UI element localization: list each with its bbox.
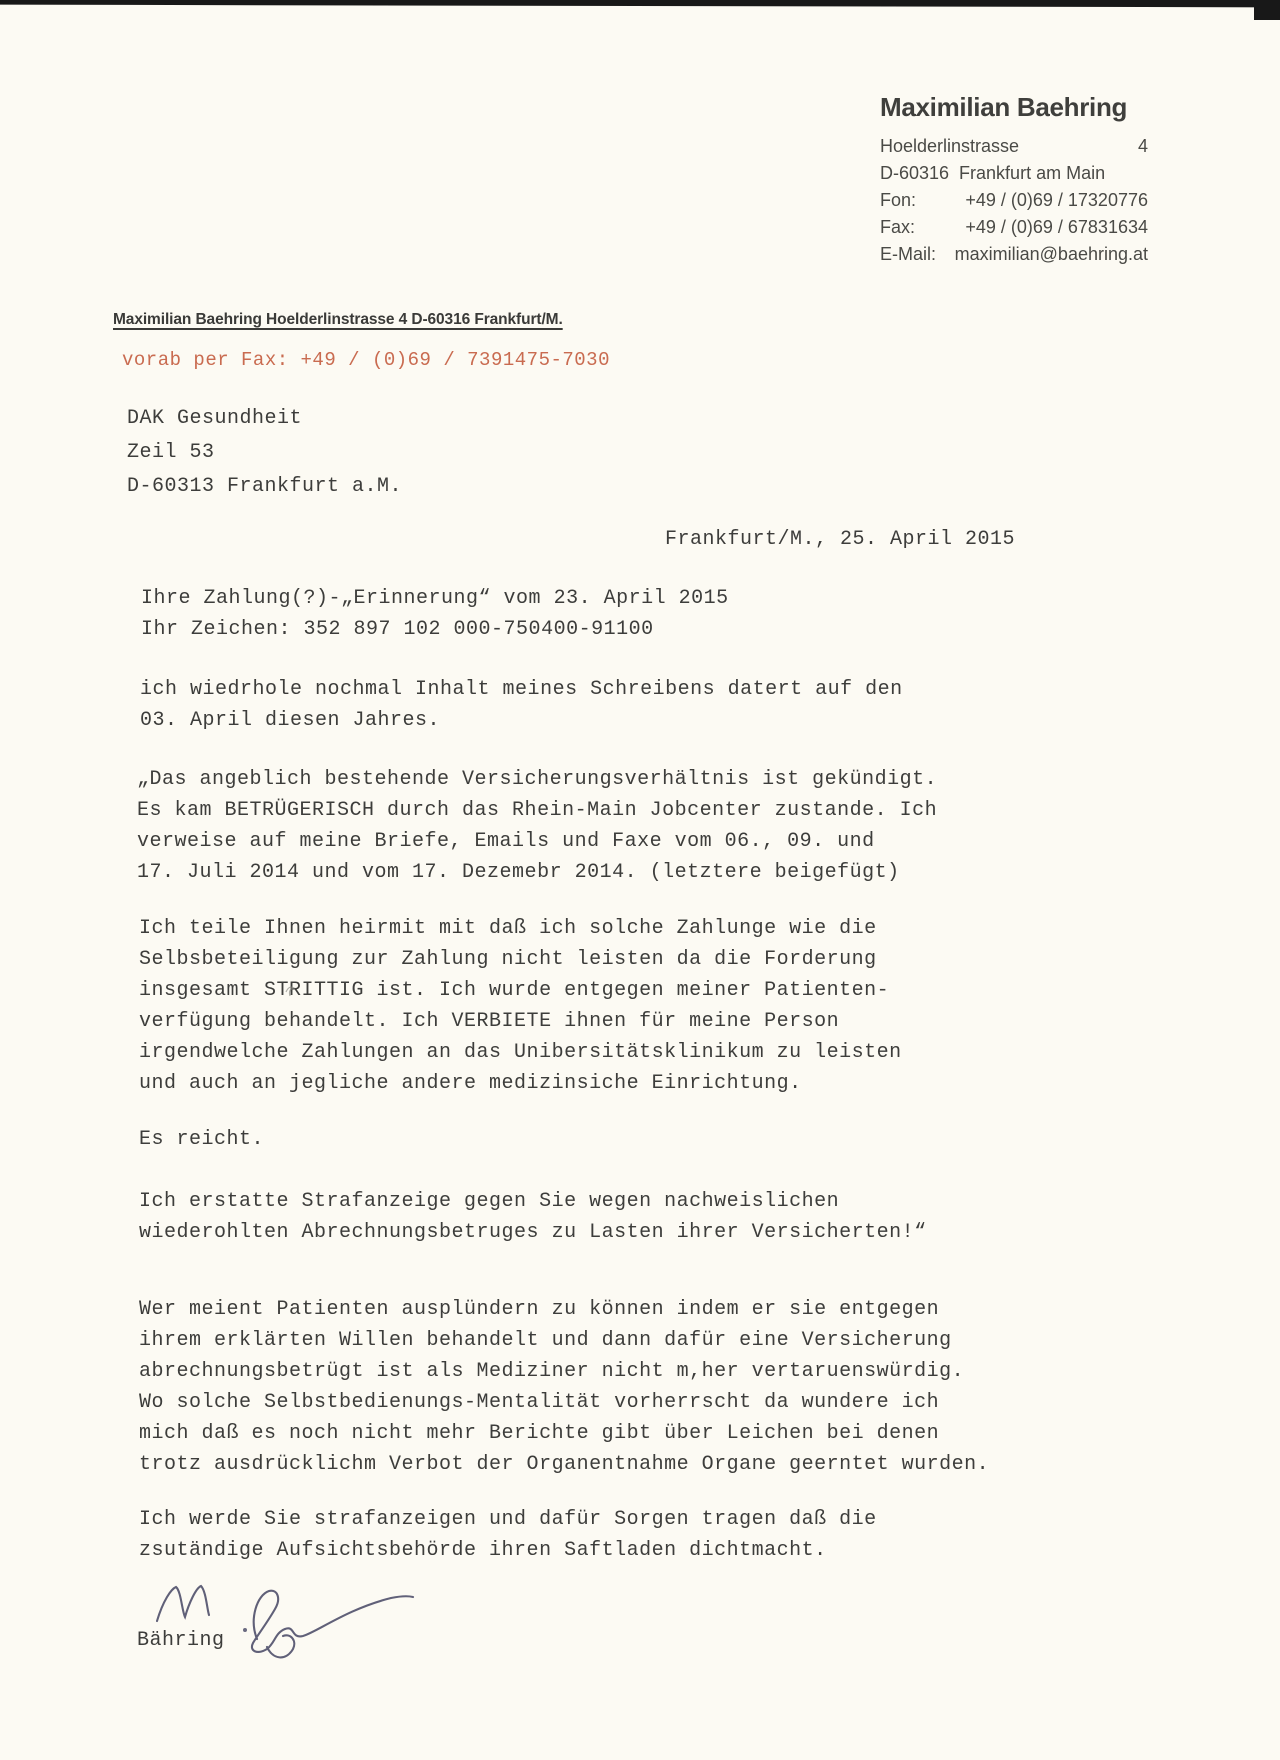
street-name: Hoelderlinstrasse [880, 133, 1019, 160]
body-paragraph: Wer meient Patienten ausplündern zu könn… [139, 1294, 989, 1480]
fon-label: Fon: [880, 187, 916, 214]
scanned-letter-page: Maximilian Baehring Hoelderlinstrasse 4 … [0, 0, 1280, 1760]
date-line: Frankfurt/M., 25. April 2015 [665, 524, 1015, 555]
fax-advance-line: vorab per Fax: +49 / (0)69 / 7391475-703… [122, 349, 610, 371]
letterhead-street: Hoelderlinstrasse 4 [880, 133, 1148, 160]
scan-edge-corner [1254, 7, 1280, 20]
street-number: 4 [1138, 133, 1148, 160]
letterhead-fon: Fon: +49 / (0)69 / 17320776 [880, 187, 1148, 214]
letterhead: Maximilian Baehring Hoelderlinstrasse 4 … [880, 92, 1148, 268]
body-paragraph: ich wiedrhole nochmal Inhalt meines Schr… [140, 674, 903, 736]
email-label: E-Mail: [880, 241, 936, 268]
body-paragraph: Ich erstatte Strafanzeige gegen Sie wege… [139, 1186, 927, 1248]
subject-block: Ihre Zahlung(?)-„Erinnerung“ vom 23. Apr… [141, 583, 729, 645]
letterhead-city: D-60316 Frankfurt am Main [880, 160, 1148, 187]
letterhead-email: E-Mail: maximilian@baehring.at [880, 241, 1148, 268]
fon-value: +49 / (0)69 / 17320776 [965, 187, 1148, 214]
scan-edge-top [0, 0, 1280, 7]
body-paragraph: Ich werde Sie strafanzeigen und dafür So… [139, 1504, 877, 1566]
fax-value: +49 / (0)69 / 67831634 [965, 214, 1148, 241]
letterhead-fax: Fax: +49 / (0)69 / 67831634 [880, 214, 1148, 241]
email-value: maximilian@baehring.at [955, 241, 1148, 268]
typed-signature-name: Bähring [137, 1625, 225, 1656]
return-address-line: Maximilian Baehring Hoelderlinstrasse 4 … [113, 311, 563, 329]
letterhead-name: Maximilian Baehring [880, 92, 1148, 123]
body-paragraph: Es reicht. [139, 1124, 264, 1155]
body-paragraph: „Das angeblich bestehende Versicherungsv… [137, 764, 937, 888]
body-paragraph: Ich teile Ihnen heirmit mit daß ich solc… [139, 913, 902, 1099]
pencil-mark [283, 982, 299, 998]
fax-label: Fax: [880, 214, 915, 241]
recipient-address: DAK Gesundheit Zeil 53 D-60313 Frankfurt… [127, 402, 402, 504]
city-line: D-60316 Frankfurt am Main [880, 160, 1105, 187]
